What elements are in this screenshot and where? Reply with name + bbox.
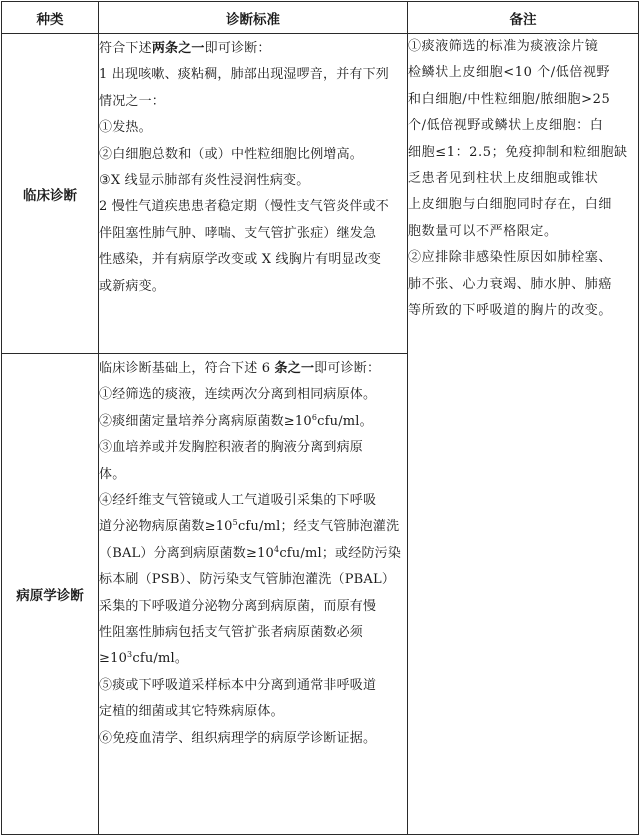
- criteria-line: 性感染，并有病原学改变或 X 线胸片有明显改变: [99, 247, 407, 273]
- criteria-intro: 符合下述两条之一即可诊断：: [99, 36, 407, 62]
- note-line: 胞数量可以不严格限定。: [408, 219, 638, 245]
- criteria-line: ②痰细菌定量培养分离病原菌数≥106cfu/ml。: [99, 409, 407, 435]
- criteria-line: 情况之一：: [99, 89, 407, 115]
- line-text: 道分泌物病原菌数≥10: [99, 519, 233, 534]
- header-criteria: 诊断标准: [99, 2, 408, 34]
- criteria-line: ⑥免疫血清学、组织病理学的病原学诊断证据。: [99, 726, 407, 752]
- note-line: ②应排除非感染性原因如肺栓塞、: [408, 245, 638, 271]
- criteria-line: 性阻塞性肺病包括支气管扩张者病原菌数必须: [99, 620, 407, 646]
- header-category: 种类: [2, 2, 99, 34]
- criteria-line: ③X 线显示肺部有炎性浸润性病变。: [99, 168, 407, 194]
- criteria-line: 2 慢性气道疾患患者稳定期（慢性支气管炎伴或不: [99, 194, 407, 220]
- criteria-line: ④经纤维支气管镜或人工气道吸引采集的下呼吸: [99, 488, 407, 514]
- line-text: cfu/ml。: [317, 414, 373, 429]
- line-text: ②痰细菌定量培养分离病原菌数≥10: [99, 414, 312, 429]
- criteria-line: ①发热。: [99, 115, 407, 141]
- criteria-line: ①经筛选的痰液，连续两次分离到相同病原体。: [99, 382, 407, 408]
- line-text: cfu/ml；经支气管肺泡灌洗: [238, 519, 399, 534]
- criteria-line: ③血培养或并发胸腔积液者的胸液分离到病原: [99, 435, 407, 461]
- intro-bold: 条之一: [275, 361, 315, 376]
- note-line: 检鳞状上皮细胞<10 个/低倍视野: [408, 60, 638, 86]
- note-line: 上皮细胞与白细胞同时存在，白细: [408, 192, 638, 218]
- header-notes: 备注: [408, 2, 639, 34]
- note-line: 细胞≤1：2.5；免疫抑制和粒细胞缺: [408, 140, 638, 166]
- line-text: （BAL）分离到病原菌数≥10: [99, 546, 274, 561]
- category-clinical: 临床诊断: [2, 34, 99, 354]
- intro-suffix: 即可诊断：: [314, 361, 380, 376]
- category-pathogen: 病原学诊断: [2, 354, 99, 834]
- intro-suffix: 即可诊断：: [205, 41, 271, 56]
- criteria-line: （BAL）分离到病原菌数≥104cfu/ml；或经防污染: [99, 541, 407, 567]
- criteria-line: 标本刷（PSB）、防污染支气管肺泡灌洗（PBAL）: [99, 567, 407, 593]
- criteria-intro: 临床诊断基础上，符合下述 6 条之一即可诊断：: [99, 356, 407, 382]
- intro-bold: 两条之一: [152, 41, 205, 56]
- criteria-pathogen: 临床诊断基础上，符合下述 6 条之一即可诊断： ①经筛选的痰液，连续两次分离到相…: [99, 354, 408, 834]
- criteria-line: 或新病变。: [99, 274, 407, 300]
- criteria-line: 定植的细菌或其它特殊病原体。: [99, 699, 407, 725]
- criteria-line: 道分泌物病原菌数≥105cfu/ml；经支气管肺泡灌洗: [99, 514, 407, 540]
- criteria-clinical: 符合下述两条之一即可诊断： 1 出现咳嗽、痰粘稠，肺部出现湿啰音，并有下列 情况…: [99, 34, 408, 354]
- note-line: 等所致的下呼吸道的胸片的改变。: [408, 298, 638, 324]
- note-line: ①痰液筛选的标准为痰液涂片镜: [408, 34, 638, 60]
- criteria-line: ≥103cfu/ml。: [99, 646, 407, 672]
- table-row-clinical: 临床诊断 符合下述两条之一即可诊断： 1 出现咳嗽、痰粘稠，肺部出现湿啰音，并有…: [2, 34, 639, 354]
- note-line: 肺不张、心力衰竭、肺水肿、肺癌: [408, 272, 638, 298]
- header-row: 种类 诊断标准 备注: [2, 2, 639, 34]
- criteria-line: ②白细胞总数和（或）中性粒细胞比例增高。: [99, 142, 407, 168]
- note-line: 乏患者见到柱状上皮细胞或锥状: [408, 166, 638, 192]
- notes-cell: ①痰液筛选的标准为痰液涂片镜 检鳞状上皮细胞<10 个/低倍视野 和白细胞/中性…: [408, 34, 639, 834]
- criteria-line: 伴阻塞性肺气肿、哮喘、支气管扩张症）继发急: [99, 221, 407, 247]
- diagnosis-criteria-table: 种类 诊断标准 备注 临床诊断 符合下述两条之一即可诊断： 1 出现咳嗽、痰粘稠…: [1, 1, 639, 833]
- line-text: cfu/ml。: [132, 651, 188, 666]
- intro-prefix: 符合下述: [99, 41, 152, 56]
- line-text: ≥10: [99, 651, 127, 666]
- criteria-line: ⑤痰或下呼吸道采样标本中分离到通常非呼吸道: [99, 673, 407, 699]
- line-text: cfu/ml；或经防污染: [279, 546, 401, 561]
- criteria-line: 采集的下呼吸道分泌物分离到病原菌，而原有慢: [99, 594, 407, 620]
- criteria-line: 体。: [99, 462, 407, 488]
- intro-prefix: 临床诊断基础上，符合下述 6: [99, 361, 275, 376]
- note-line: 个/低倍视野或鳞状上皮细胞：白: [408, 113, 638, 139]
- note-line: 和白细胞/中性粒细胞/脓细胞>25: [408, 87, 638, 113]
- criteria-line: 1 出现咳嗽、痰粘稠，肺部出现湿啰音，并有下列: [99, 62, 407, 88]
